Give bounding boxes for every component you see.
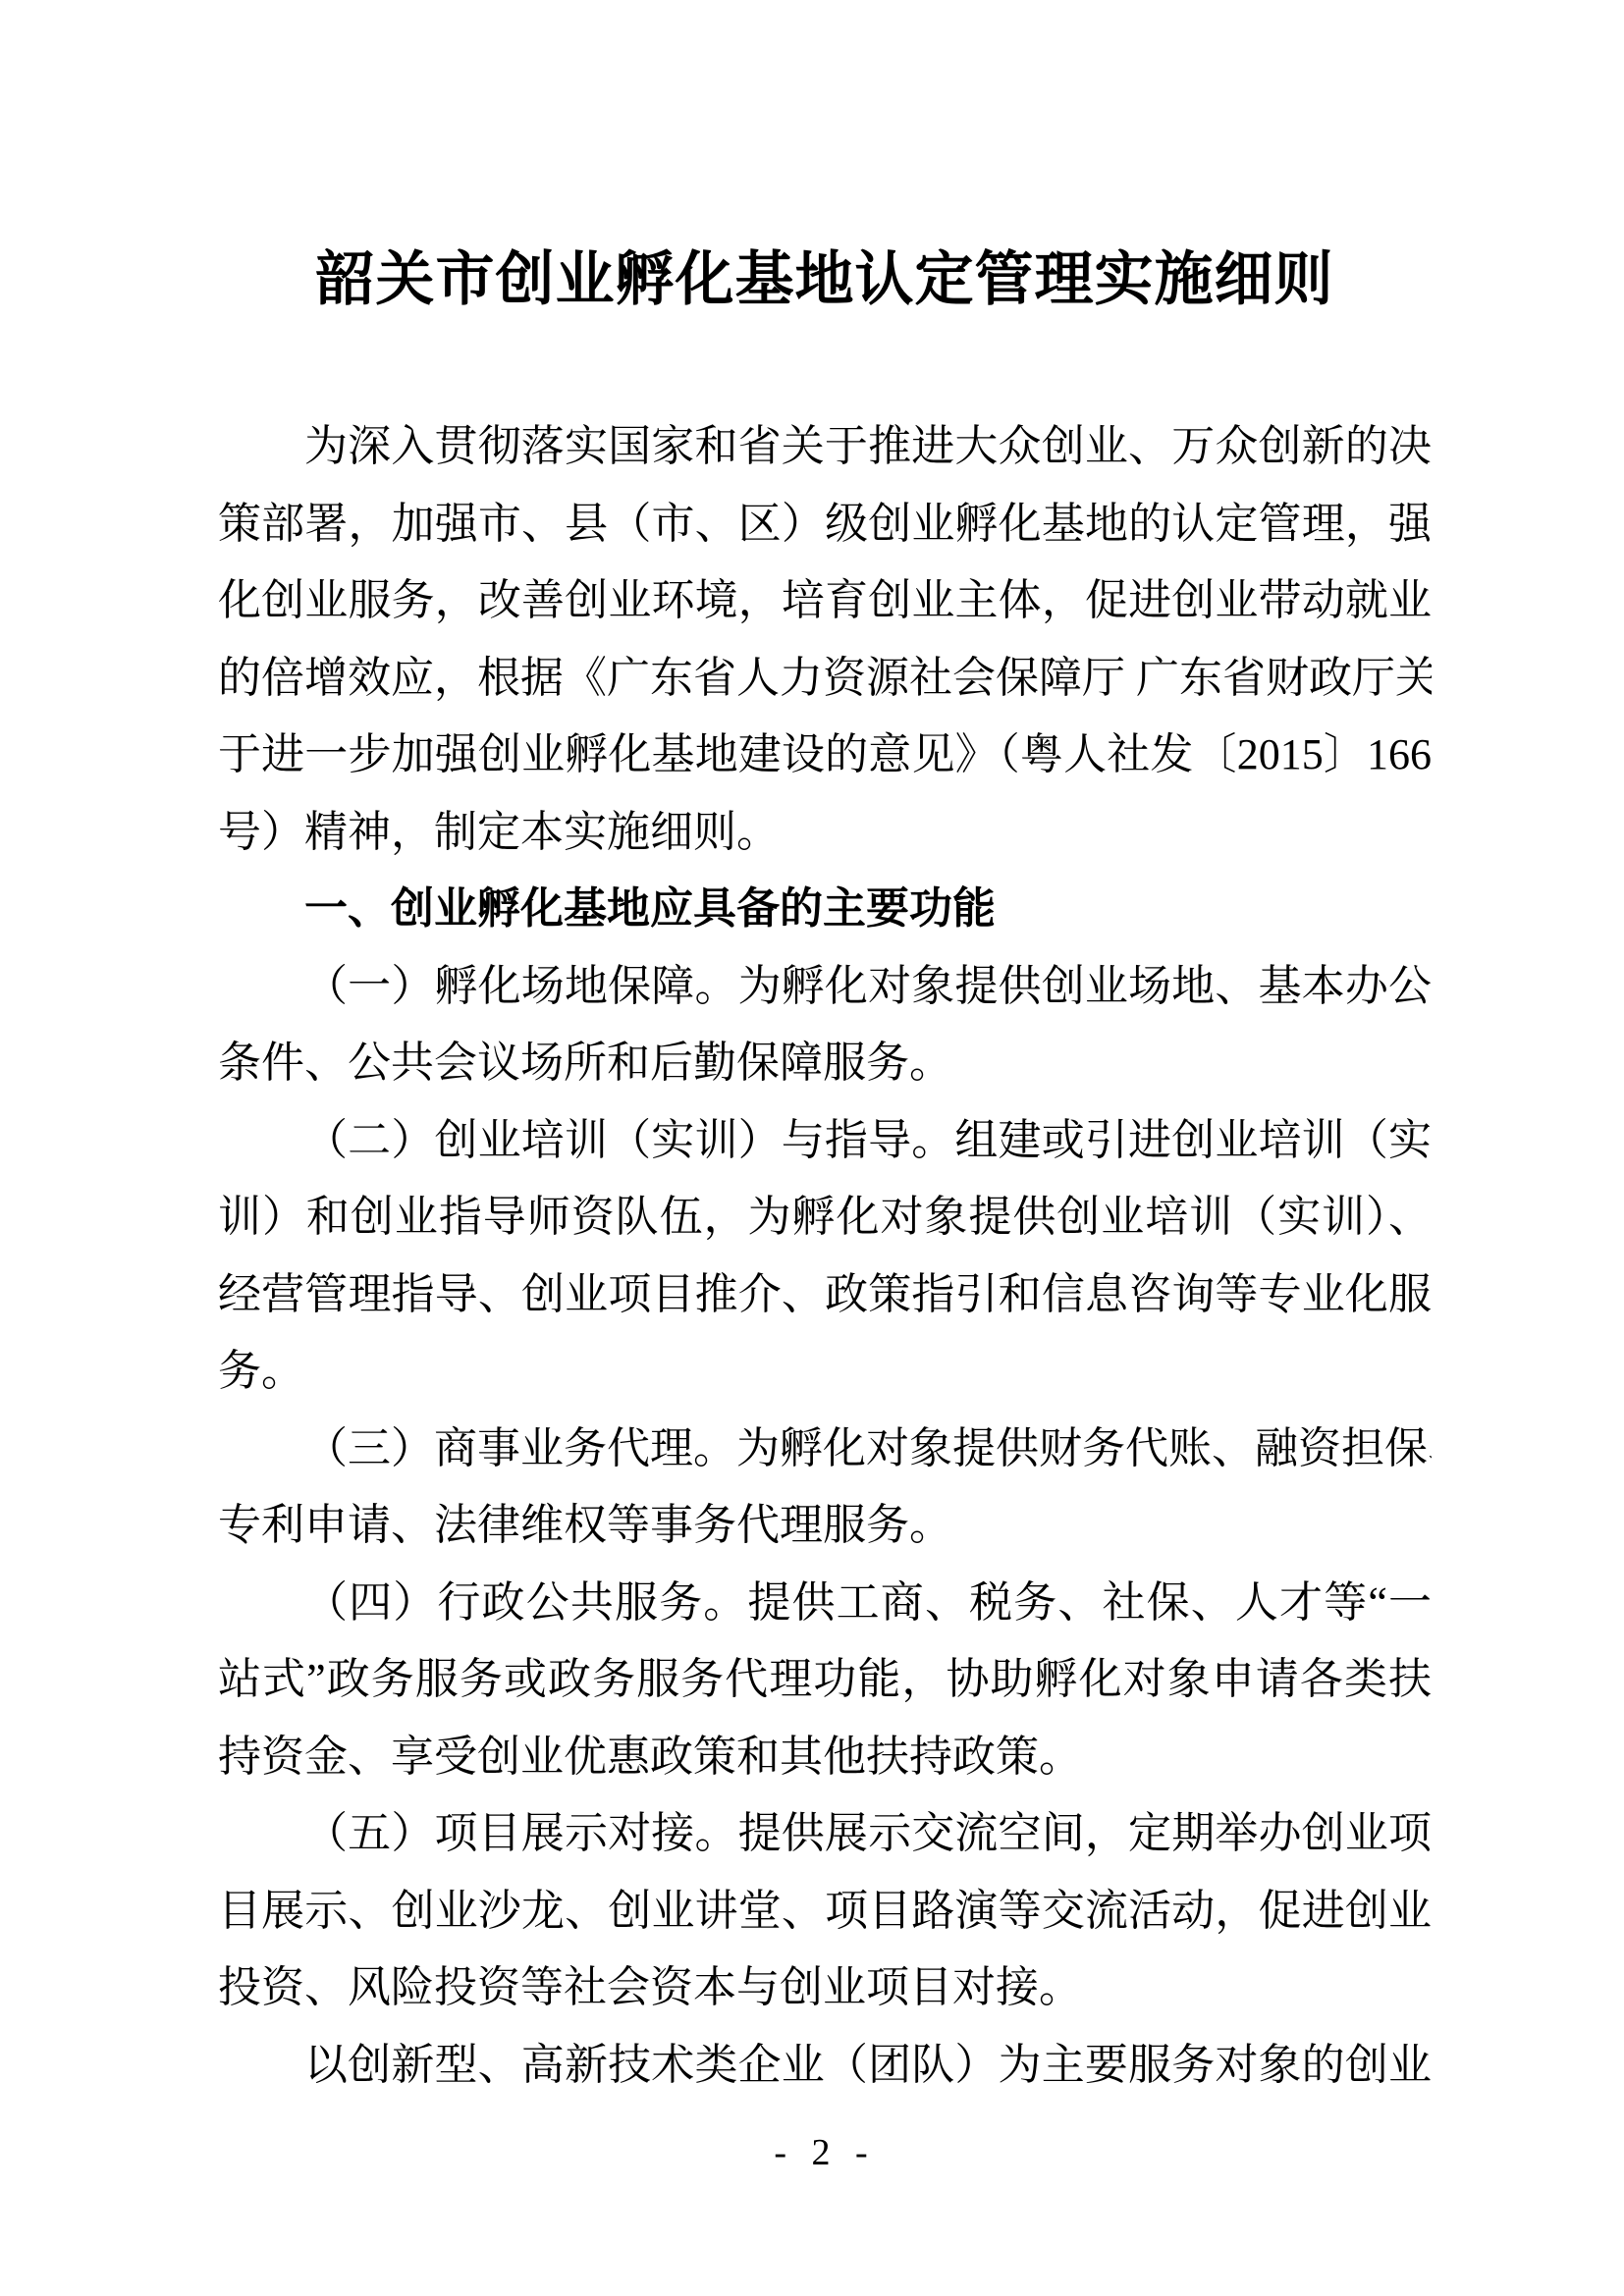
text-line: 于进一步加强创业孵化基地建设的意见》（粤人社发〔2015〕166: [218, 717, 1432, 794]
text-line: 号）精神，制定本实施细则。: [218, 794, 1432, 872]
closing-paragraph: 以创新型、高新技术类企业（团队）为主要服务对象的创业: [218, 2027, 1432, 2105]
text-line: （五）项目展示对接。提供展示交流空间，定期举办创业项: [218, 1795, 1432, 1873]
text-line: 专利申请、法律维权等事务代理服务。: [218, 1487, 1432, 1565]
text-line: （二）创业培训（实训）与指导。组建或引进创业培训（实: [218, 1102, 1432, 1180]
text-line: （一）孵化场地保障。为孵化对象提供创业场地、基本办公: [218, 948, 1432, 1026]
text-line: 策部署，加强市、县（市、区）级创业孵化基地的认定管理，强: [218, 486, 1432, 563]
text-line: （四）行政公共服务。提供工商、税务、社保、人才等“一: [218, 1565, 1432, 1642]
text-line: 为深入贯彻落实国家和省关于推进大众创业、万众创新的决: [218, 408, 1432, 486]
section-heading-1: 一、创业孵化基地应具备的主要功能: [218, 871, 1432, 948]
text-line: 投资、风险投资等社会资本与创业项目对接。: [218, 1949, 1432, 2027]
text-line: 目展示、创业沙龙、创业讲堂、项目路演等交流活动，促进创业: [218, 1873, 1432, 1950]
page-number: - 2 -: [218, 2133, 1432, 2172]
document-page: 韶关市创业孵化基地认定管理实施细则 为深入贯彻落实国家和省关于推进大众创业、万众…: [0, 0, 1624, 2296]
text-line: 务。: [218, 1333, 1432, 1411]
paragraph-item-1: （一）孵化场地保障。为孵化对象提供创业场地、基本办公 条件、公共会议场所和后勤保…: [218, 948, 1432, 1102]
text-line: 经营管理指导、创业项目推介、政策指引和信息咨询等专业化服: [218, 1256, 1432, 1334]
text-line: （三）商事业务代理。为孵化对象提供财务代账、融资担保、: [218, 1411, 1432, 1488]
text-line: 的倍增效应，根据《广东省人力资源社会保障厅 广东省财政厅关: [218, 640, 1432, 718]
text-line: 训）和创业指导师资队伍，为孵化对象提供创业培训（实训）、: [218, 1179, 1432, 1256]
document-title: 韶关市创业孵化基地认定管理实施细则: [218, 0, 1432, 314]
paragraph-item-3: （三）商事业务代理。为孵化对象提供财务代账、融资担保、 专利申请、法律维权等事务…: [218, 1411, 1432, 1565]
paragraph-item-4: （四）行政公共服务。提供工商、税务、社保、人才等“一 站式”政务服务或政务服务代…: [218, 1565, 1432, 1796]
paragraph-item-5: （五）项目展示对接。提供展示交流空间，定期举办创业项 目展示、创业沙龙、创业讲堂…: [218, 1795, 1432, 2027]
document-content: 韶关市创业孵化基地认定管理实施细则 为深入贯彻落实国家和省关于推进大众创业、万众…: [0, 0, 1624, 2172]
paragraph-item-2: （二）创业培训（实训）与指导。组建或引进创业培训（实 训）和创业指导师资队伍，为…: [218, 1102, 1432, 1411]
document-body: 为深入贯彻落实国家和省关于推进大众创业、万众创新的决 策部署，加强市、县（市、区…: [218, 408, 1432, 2104]
text-line: 化创业服务，改善创业环境，培育创业主体，促进创业带动就业: [218, 562, 1432, 640]
text-line: 持资金、享受创业优惠政策和其他扶持政策。: [218, 1719, 1432, 1796]
intro-paragraph: 为深入贯彻落实国家和省关于推进大众创业、万众创新的决 策部署，加强市、县（市、区…: [218, 408, 1432, 871]
text-line: 站式”政务服务或政务服务代理功能，协助孵化对象申请各类扶: [218, 1641, 1432, 1719]
text-line: 以创新型、高新技术类企业（团队）为主要服务对象的创业: [218, 2027, 1432, 2105]
text-line: 条件、公共会议场所和后勤保障服务。: [218, 1025, 1432, 1102]
